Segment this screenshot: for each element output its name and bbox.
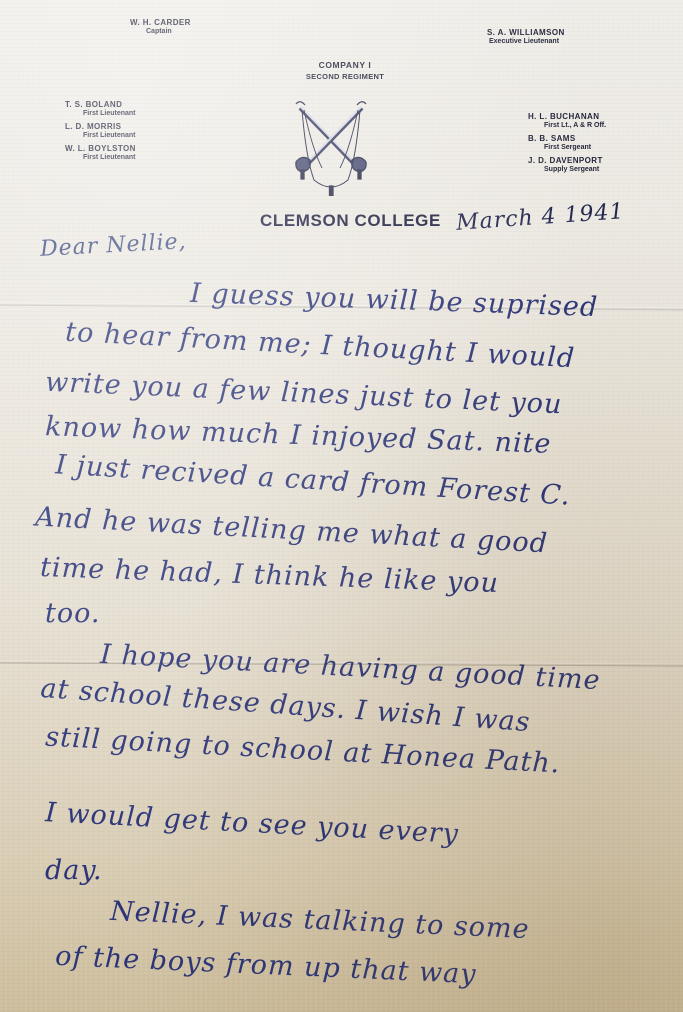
letter-line: of the boys from up that way — [55, 941, 478, 990]
officer-entry: J. D. DAVENPORT Supply Sergeant — [528, 156, 606, 173]
officer-name: H. L. BUCHANAN — [528, 112, 606, 121]
officer-rank: Executive Lieutenant — [487, 38, 565, 45]
letter-line: I just recived a card from Forest C. — [55, 449, 572, 511]
college-name: CLEMSON COLLEGE — [260, 211, 441, 231]
officer-entry: B. B. SAMS First Sergeant — [528, 134, 606, 151]
officer-name: W. L. BOYLSTON — [65, 144, 136, 153]
letter-line: Nellie, I was talking to some — [110, 896, 531, 945]
letterhead-executive: S. A. WILLIAMSON Executive Lieutenant — [487, 28, 565, 45]
officer-entry: H. L. BUCHANAN First Lt., A & R Off. — [528, 112, 606, 129]
officer-rank: First Lt., A & R Off. — [528, 122, 606, 129]
letter-page: W. H. CARDER Captain S. A. WILLIAMSON Ex… — [0, 0, 683, 1012]
officer-rank: First Lieutenant — [65, 110, 136, 117]
letterhead-captain: W. H. CARDER Captain — [130, 18, 191, 35]
letterhead-right-officers: H. L. BUCHANAN First Lt., A & R Off. B. … — [528, 112, 606, 178]
officer-rank: First Sergeant — [528, 144, 606, 151]
officer-rank: Captain — [130, 28, 191, 35]
letter-line: And he was telling me what a good — [35, 502, 549, 560]
officer-entry: T. S. BOLAND First Lieutenant — [65, 100, 136, 117]
officer-name: T. S. BOLAND — [65, 100, 136, 109]
officer-entry: L. D. MORRIS First Lieutenant — [65, 122, 136, 139]
letter-salutation: Dear Nellie, — [39, 229, 187, 262]
officer-entry: W. L. BOYLSTON First Lieutenant — [65, 144, 136, 161]
letter-line: day. — [45, 855, 103, 886]
officer-rank: Supply Sergeant — [528, 166, 606, 173]
officer-name: J. D. DAVENPORT — [528, 156, 606, 165]
crossed-sabers-icon — [292, 98, 370, 196]
officer-rank: First Lieutenant — [65, 132, 136, 139]
letter-line: too. — [45, 598, 100, 629]
letter-line: I guess you will be suprised — [190, 278, 599, 323]
letter-line: time he had, I think he like you — [40, 552, 500, 599]
letterhead-company: COMPANY I SECOND REGIMENT — [290, 60, 400, 81]
letter-line: to hear from me; I thought I would — [65, 317, 576, 375]
officer-name: B. B. SAMS — [528, 134, 606, 143]
company-name: COMPANY I — [290, 60, 400, 70]
letter-line: I would get to see you every — [44, 797, 459, 850]
officer-name: W. H. CARDER — [130, 18, 191, 27]
letter-line: write you a few lines just to let you — [45, 367, 564, 421]
letter-date: March 4 1941 — [455, 199, 625, 236]
regiment-name: SECOND REGIMENT — [290, 72, 400, 81]
officer-rank: First Lieutenant — [65, 154, 136, 161]
officer-name: L. D. MORRIS — [65, 122, 136, 131]
officer-name: S. A. WILLIAMSON — [487, 28, 565, 37]
letterhead-left-officers: T. S. BOLAND First Lieutenant L. D. MORR… — [65, 100, 136, 166]
